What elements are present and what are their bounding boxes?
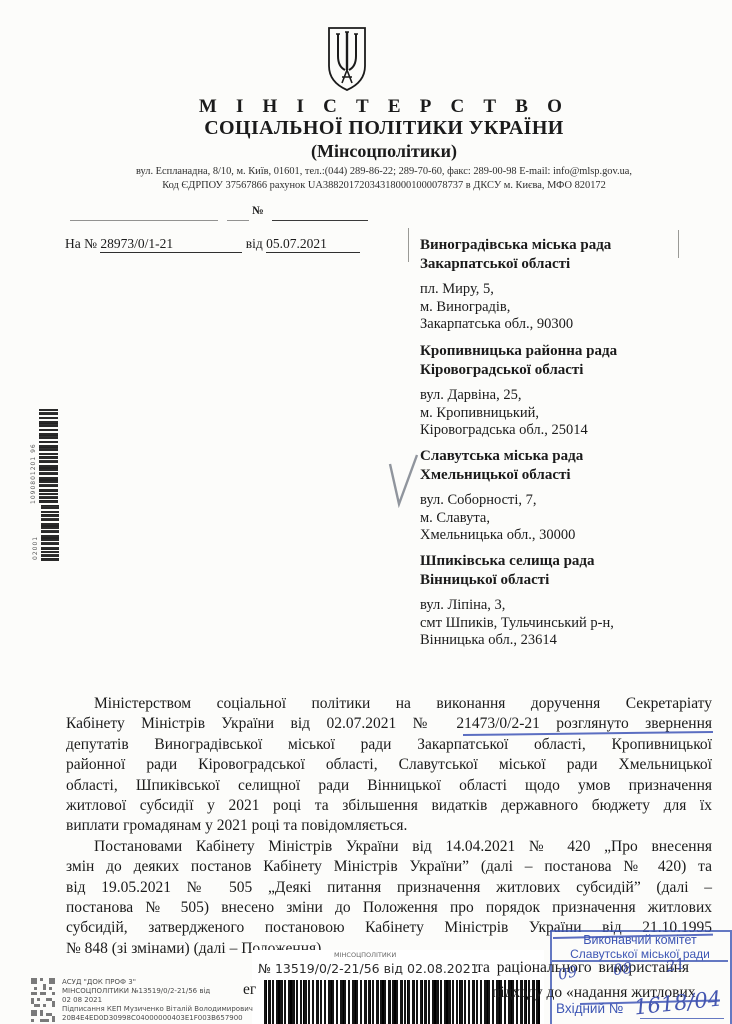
recipient-name: Виноградівська міська рада [420,236,705,255]
body-line: виплати громадянам у 2021 році та повідо… [66,816,712,836]
recipient-address: вул. Ліпіна, 3, [420,597,705,615]
recipient-address: м. Виноградів, [420,299,705,317]
body-line: змін до деяких постанов Кабінету Міністр… [66,857,712,877]
body-fragment-partial: ег [243,981,256,999]
recipient-address: м. Славута, [420,510,705,528]
incoming-stamp-number-line [640,1018,724,1019]
esignature-stamp-block: АСУД "ДОК ПРОФ 3" МІНСОЦПОЛІТИКИ №13519/… [62,978,253,1023]
recipient-address: Закарпатська обл., 90300 [420,316,705,334]
side-barcode-digits-bottom: 02001 [32,506,39,560]
handwritten-date-month: 08 [612,959,633,979]
recipient-name: Вінницької області [420,571,705,590]
ministry-contact-line1: вул. Еспланадна, 8/10, м. Київ, 01601, т… [34,166,732,177]
vertical-barcode-upper [39,408,58,503]
body-fragment-line2-prefix: підходу до [492,984,562,1001]
reply-from-label: від [246,236,263,251]
recipient-name: Хмельницької області [420,466,705,485]
ministry-contact-line2: Код ЄДРПОУ 37567866 рахунок UA3882017203… [34,180,732,191]
recipient-name: Закарпатської області [420,255,705,274]
recipient-address: смт Шпиків, Тульчинський р-н, [420,615,705,633]
body-line: від 19.05.2021 № 505 „Деякі питання приз… [66,878,712,898]
scanned-letter-page: М І Н І С Т Е Р С Т В О СОЦІАЛЬНОЇ ПОЛІТ… [0,0,732,1024]
recipient-address: м. Кропивницький, [420,405,705,423]
recipient-name: Славутська міська рада [420,447,705,466]
recipient-address: Кіровоградська обл., 25014 [420,422,705,440]
recipient-block-4: Шпиківська селища рада Вінницької област… [420,552,705,650]
recipient-address: вул. Соборності, 7, [420,492,705,510]
body-line: постанова № 505) внесено зміни до Положе… [66,898,712,918]
recipient-block-3: Славутська міська рада Хмельницької обла… [420,447,705,545]
ukraine-trident-emblem-icon [326,26,368,92]
reply-reference-line: На № 28973/0/1-21 від 05.07.2021 [65,236,360,253]
esignature-cert-id: 20B4E4ED0D30998C04000000403E1F003B657900 [62,1014,253,1023]
recipient-address: Хмельницька обл., 30000 [420,527,705,545]
esignature-system-name: АСУД "ДОК ПРОФ 3" [62,978,253,987]
body-line: області, Шпиківської селищної ради Вінни… [66,776,712,796]
esignature-signer: Підписання КЕП Музиченко Віталій Володим… [62,1005,253,1014]
handwritten-date-year: 21 [664,954,686,975]
ministry-title-line3: (Мінсоцполітики) [34,141,732,162]
recipient-address: пл. Миру, 5, [420,281,705,299]
vertical-barcode-lower [41,505,59,561]
outgoing-number-blank-line [70,220,218,221]
esignature-doc-number: МІНСОЦПОЛІТИКИ №13519/0/2-21/56 від [62,987,253,996]
address-zone-left-mark [408,228,409,262]
outgoing-date-blank-line [272,220,368,221]
checkmark-ink-annotation-icon [386,452,422,513]
body-line: районної ради Кіровоградської області, С… [66,755,712,775]
qr-code-icon [31,978,56,1024]
recipient-name: Шпиківська селища рада [420,552,705,571]
reply-date: 05.07.2021 [266,236,360,253]
registration-sticker-number: № 13519/0/2-21/56 від 02.08.2021 [258,961,479,976]
registration-sticker-org: МІНСОЦПОЛІТИКИ [334,951,396,959]
recipient-address: Вінницька обл., 23614 [420,632,705,650]
reply-number: 28973/0/1-21 [100,236,242,253]
ministry-title-line2: СОЦІАЛЬНОЇ ПОЛІТИКИ УКРАЇНИ [34,117,732,140]
recipient-address: вул. Дарвіна, 25, [420,387,705,405]
body-fragment-line1: та раціонального використання [476,959,689,977]
recipient-block-1: Виноградівська міська рада Закарпатської… [420,236,705,334]
body-line: Постановами Кабінету Міністрів України в… [66,837,712,857]
body-line: житлової субсидії у 2021 році та збільше… [66,796,712,816]
recipient-name: Кіровоградської області [420,361,705,380]
ministry-title-line1: М І Н І С Т Е Р С Т В О [34,96,732,118]
outgoing-number-blank-line [227,220,249,221]
reply-label: На № [65,236,97,251]
side-barcode-digits-top: 1090801201 96 [30,408,37,504]
recipient-name: Кропивницька районна рада [420,342,705,361]
body-line: депутатів Виноградівської міської ради З… [66,735,712,755]
recipient-block-2: Кропивницька районна рада Кіровоградсько… [420,342,705,440]
esignature-doc-date: 02 08 2021 [62,996,253,1005]
body-line: Міністерством соціальної політики на вик… [66,694,712,714]
outgoing-no-label: № [252,205,264,217]
